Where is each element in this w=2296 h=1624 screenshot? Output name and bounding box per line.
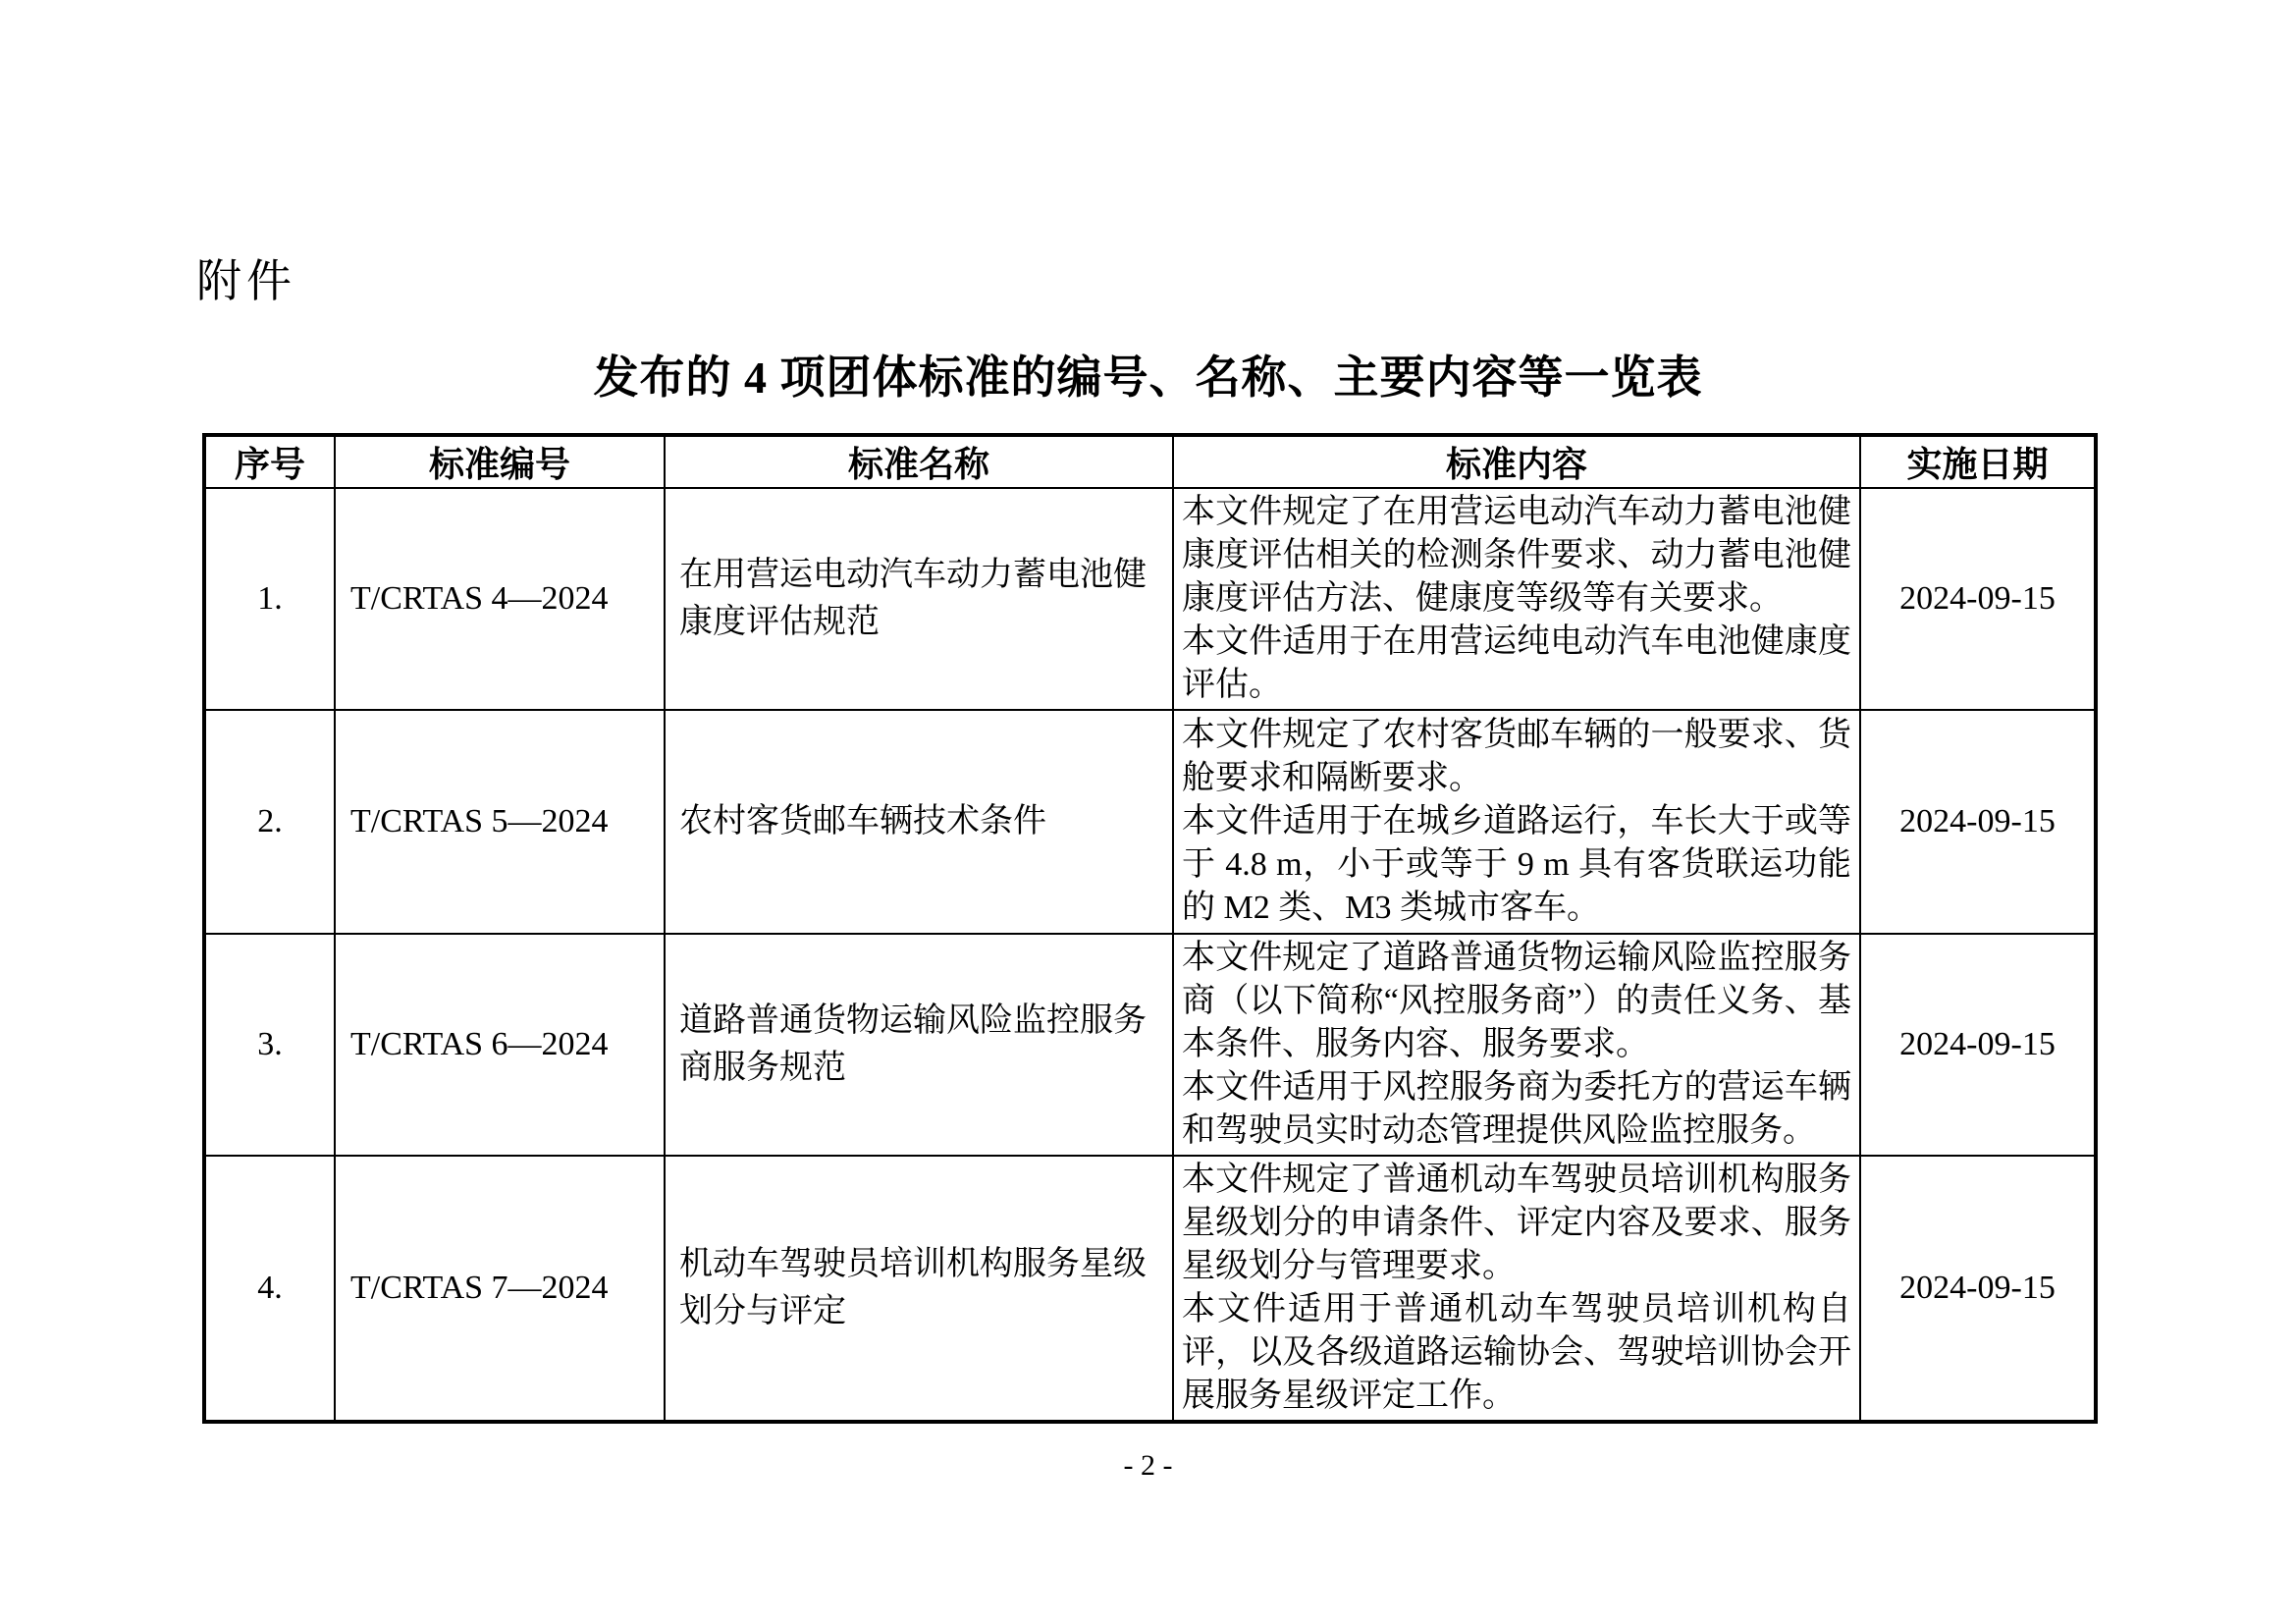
table-row: 1. T/CRTAS 4—2024 在用营运电动汽车动力蓄电池健康度评估规范 本… <box>204 488 2096 710</box>
content-paragraph: 本文件规定了农村客货邮车辆的一般要求、货舱要求和隔断要求。 <box>1182 714 1851 800</box>
cell-standard-code: T/CRTAS 4—2024 <box>335 488 665 710</box>
cell-index: 4. <box>204 1156 335 1422</box>
cell-standard-name: 在用营运电动汽车动力蓄电池健康度评估规范 <box>665 488 1173 710</box>
table-row: 4. T/CRTAS 7—2024 机动车驾驶员培训机构服务星级划分与评定 本文… <box>204 1156 2096 1422</box>
page-number: - 2 - <box>0 1449 2296 1483</box>
cell-standard-content: 本文件规定了普通机动车驾驶员培训机构服务星级划分的申请条件、评定内容及要求、服务… <box>1173 1156 1860 1422</box>
cell-implementation-date: 2024-09-15 <box>1860 710 2096 934</box>
cell-implementation-date: 2024-09-15 <box>1860 934 2096 1156</box>
content-paragraph: 本文件规定了普通机动车驾驶员培训机构服务星级划分的申请条件、评定内容及要求、服务… <box>1182 1159 1851 1288</box>
cell-implementation-date: 2024-09-15 <box>1860 488 2096 710</box>
cell-implementation-date: 2024-09-15 <box>1860 1156 2096 1422</box>
cell-index: 1. <box>204 488 335 710</box>
cell-standard-content: 本文件规定了农村客货邮车辆的一般要求、货舱要求和隔断要求。 本文件适用于在城乡道… <box>1173 710 1860 934</box>
cell-index: 2. <box>204 710 335 934</box>
header-index: 序号 <box>204 435 335 488</box>
cell-standard-code: T/CRTAS 5—2024 <box>335 710 665 934</box>
page-title: 发布的 4 项团体标准的编号、名称、主要内容等一览表 <box>0 342 2296 406</box>
content-paragraph: 本文件适用于在用营运纯电动汽车电池健康度评估。 <box>1182 621 1851 707</box>
table-row: 2. T/CRTAS 5—2024 农村客货邮车辆技术条件 本文件规定了农村客货… <box>204 710 2096 934</box>
standards-table: 序号 标准编号 标准名称 标准内容 实施日期 1. T/CRTAS 4—2024… <box>202 433 2098 1424</box>
cell-standard-content: 本文件规定了在用营运电动汽车动力蓄电池健康度评估相关的检测条件要求、动力蓄电池健… <box>1173 488 1860 710</box>
cell-standard-name: 机动车驾驶员培训机构服务星级划分与评定 <box>665 1156 1173 1422</box>
cell-standard-content: 本文件规定了道路普通货物运输风险监控服务商（以下简称“风控服务商”）的责任义务、… <box>1173 934 1860 1156</box>
content-paragraph: 本文件适用于风控服务商为委托方的营运车辆和驾驶员实时动态管理提供风险监控服务。 <box>1182 1066 1851 1153</box>
cell-index: 3. <box>204 934 335 1156</box>
cell-standard-name: 农村客货邮车辆技术条件 <box>665 710 1173 934</box>
header-implementation-date: 实施日期 <box>1860 435 2096 488</box>
content-paragraph: 本文件适用于在城乡道路运行，车长大于或等于 4.8 m，小于或等于 9 m 具有… <box>1182 800 1851 930</box>
table-row: 3. T/CRTAS 6—2024 道路普通货物运输风险监控服务商服务规范 本文… <box>204 934 2096 1156</box>
cell-standard-name: 道路普通货物运输风险监控服务商服务规范 <box>665 934 1173 1156</box>
header-standard-name: 标准名称 <box>665 435 1173 488</box>
table-header-row: 序号 标准编号 标准名称 标准内容 实施日期 <box>204 435 2096 488</box>
header-standard-code: 标准编号 <box>335 435 665 488</box>
attachment-label: 附件 <box>196 245 296 310</box>
content-paragraph: 本文件适用于普通机动车驾驶员培训机构自评，以及各级道路运输协会、驾驶培训协会开展… <box>1182 1288 1851 1418</box>
content-paragraph: 本文件规定了道路普通货物运输风险监控服务商（以下简称“风控服务商”）的责任义务、… <box>1182 937 1851 1066</box>
cell-standard-code: T/CRTAS 6—2024 <box>335 934 665 1156</box>
content-paragraph: 本文件规定了在用营运电动汽车动力蓄电池健康度评估相关的检测条件要求、动力蓄电池健… <box>1182 491 1851 621</box>
header-standard-content: 标准内容 <box>1173 435 1860 488</box>
cell-standard-code: T/CRTAS 7—2024 <box>335 1156 665 1422</box>
